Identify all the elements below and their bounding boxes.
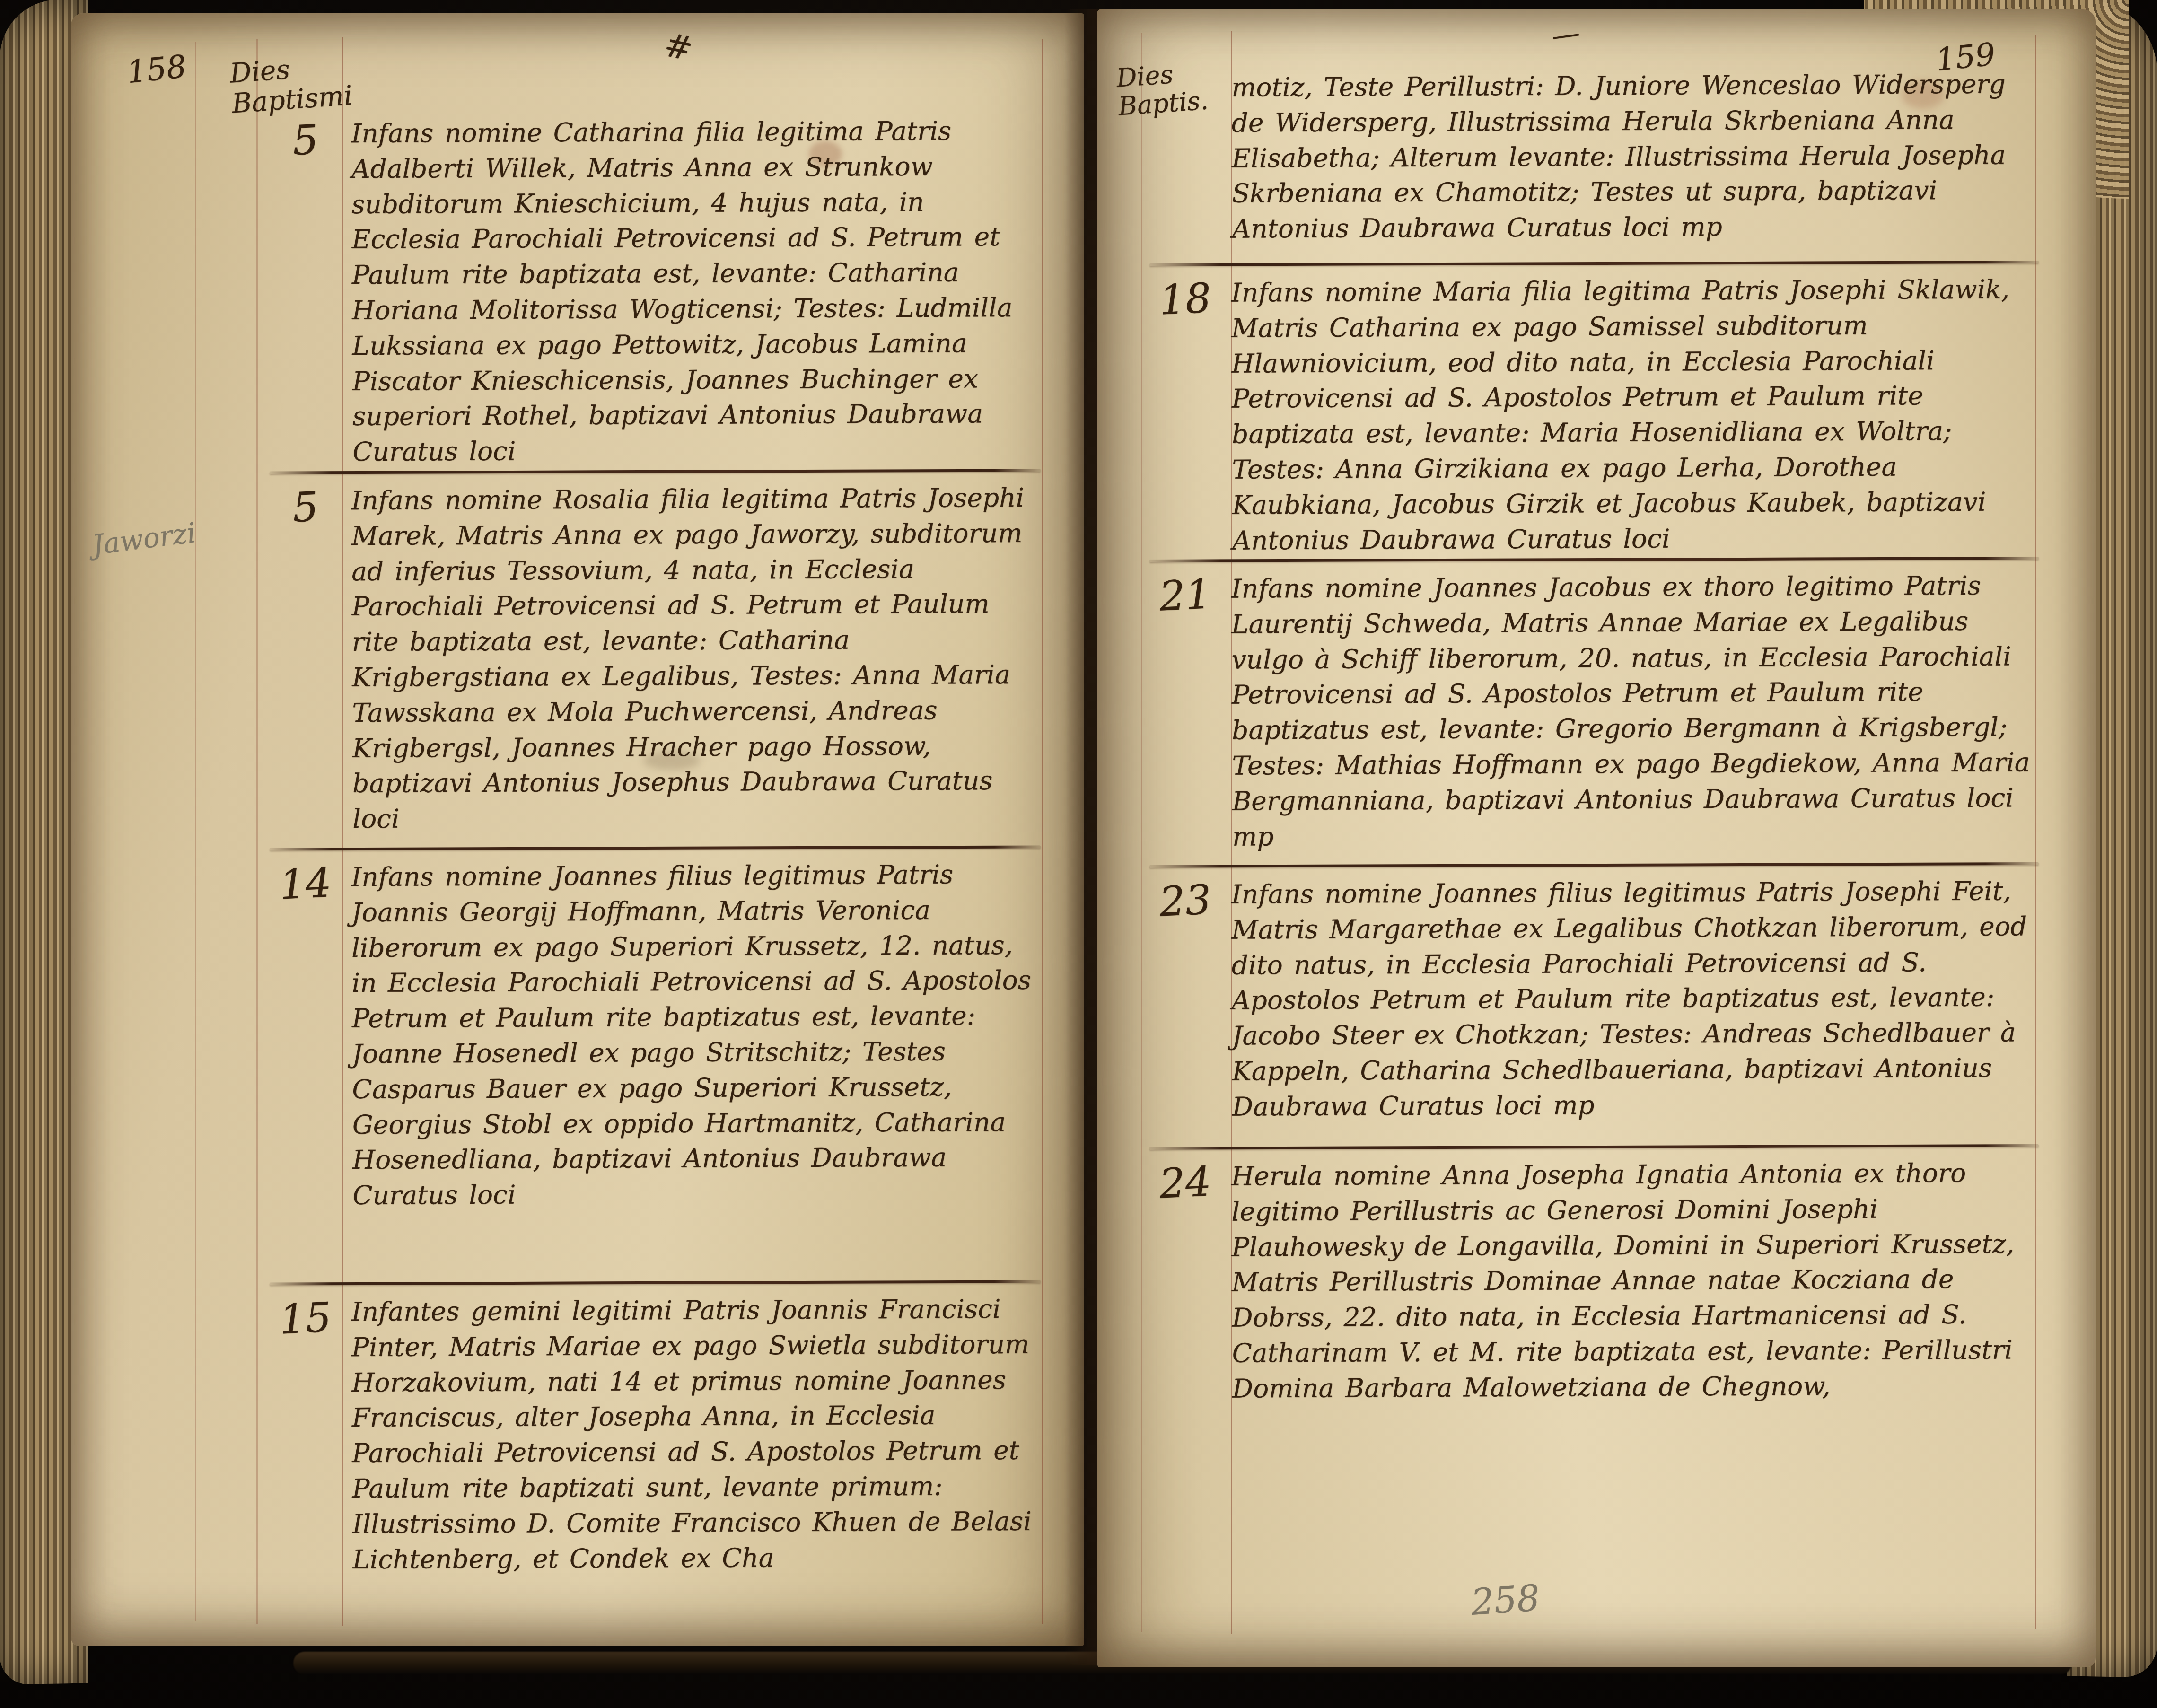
baptism-entry: 14 Infans nomine Joannes filius legitimu…: [270, 851, 1041, 1279]
baptism-entry: 24 Herula nomine Anna Josepha Ignatia An…: [1149, 1150, 2039, 1515]
page-number: 158: [125, 48, 188, 91]
entry-day-number: 18: [1148, 265, 1222, 322]
entry-day-number: 14: [268, 850, 342, 906]
entry-text: Herula nomine Anna Josepha Ignatia Anton…: [1220, 1149, 2039, 1407]
entry-text: Infans nomine Catharina filia legitima P…: [340, 106, 1041, 470]
baptism-entry: 5 Infans nomine Catharina filia legitima…: [270, 108, 1041, 468]
entry-day-number: 5: [268, 106, 342, 163]
baptism-entry: 23 Infans nomine Joannes filius legitimu…: [1149, 868, 2039, 1144]
ink-mark: —: [1549, 16, 1582, 53]
baptism-entry: 21 Infans nomine Joannes Jacobus ex thor…: [1149, 563, 2039, 862]
entry-day-number: 5: [268, 473, 342, 530]
entry-day-number: 15: [268, 1284, 342, 1341]
margin-rule: [1141, 33, 1142, 1632]
baptism-entry: 15 Infantes gemini legitimi Patris Joann…: [270, 1286, 1041, 1608]
right-margin-rule: [1042, 39, 1043, 1624]
entry-text: Infans nomine Rosalia filia legitima Pat…: [340, 473, 1041, 837]
entry-text: Infans nomine Maria filia legitima Patri…: [1220, 265, 2040, 558]
entry-text: Infans nomine Joannes filius legitimus P…: [1220, 867, 2039, 1125]
entry-text: Infans nomine Joannes filius legitimus P…: [340, 850, 1041, 1213]
folio-number-pencil: 258: [1470, 1577, 1541, 1623]
right-page: Dies Baptis. 159 — motiz, Teste Perillus…: [1097, 9, 2096, 1667]
entries-column: 5 Infans nomine Catharina filia legitima…: [270, 108, 1041, 1608]
entry-day-number: 23: [1148, 867, 1222, 924]
margin-rule: [195, 42, 196, 1621]
left-page: 158 Dies Baptismi # 5 Infans nomine Cath…: [71, 13, 1084, 1646]
baptism-entry: 5 Infans nomine Rosalia filia legitima P…: [270, 475, 1041, 845]
entry-text: motiz, Teste Perillustri: D. Juniore Wen…: [1220, 60, 2039, 247]
margin-rule: [256, 39, 258, 1624]
entry-day-number: [1149, 60, 1220, 76]
baptism-entry: 18 Infans nomine Maria filia legitima Pa…: [1149, 267, 2039, 556]
entry-text: Infans nomine Joannes Jacobus ex thoro l…: [1220, 561, 2040, 855]
baptism-entry-continuation: motiz, Teste Perillustri: D. Juniore Wen…: [1149, 61, 2039, 260]
entry-day-number: 24: [1148, 1149, 1222, 1206]
entry-day-number: 21: [1148, 561, 1222, 618]
entries-column: motiz, Teste Perillustri: D. Juniore Wen…: [1149, 61, 2039, 1515]
ink-mark: #: [661, 25, 696, 69]
entry-text: Infantes gemini legitimi Patris Joannis …: [340, 1285, 1042, 1577]
book-scan: 158 Dies Baptismi # 5 Infans nomine Cath…: [0, 0, 2157, 1708]
